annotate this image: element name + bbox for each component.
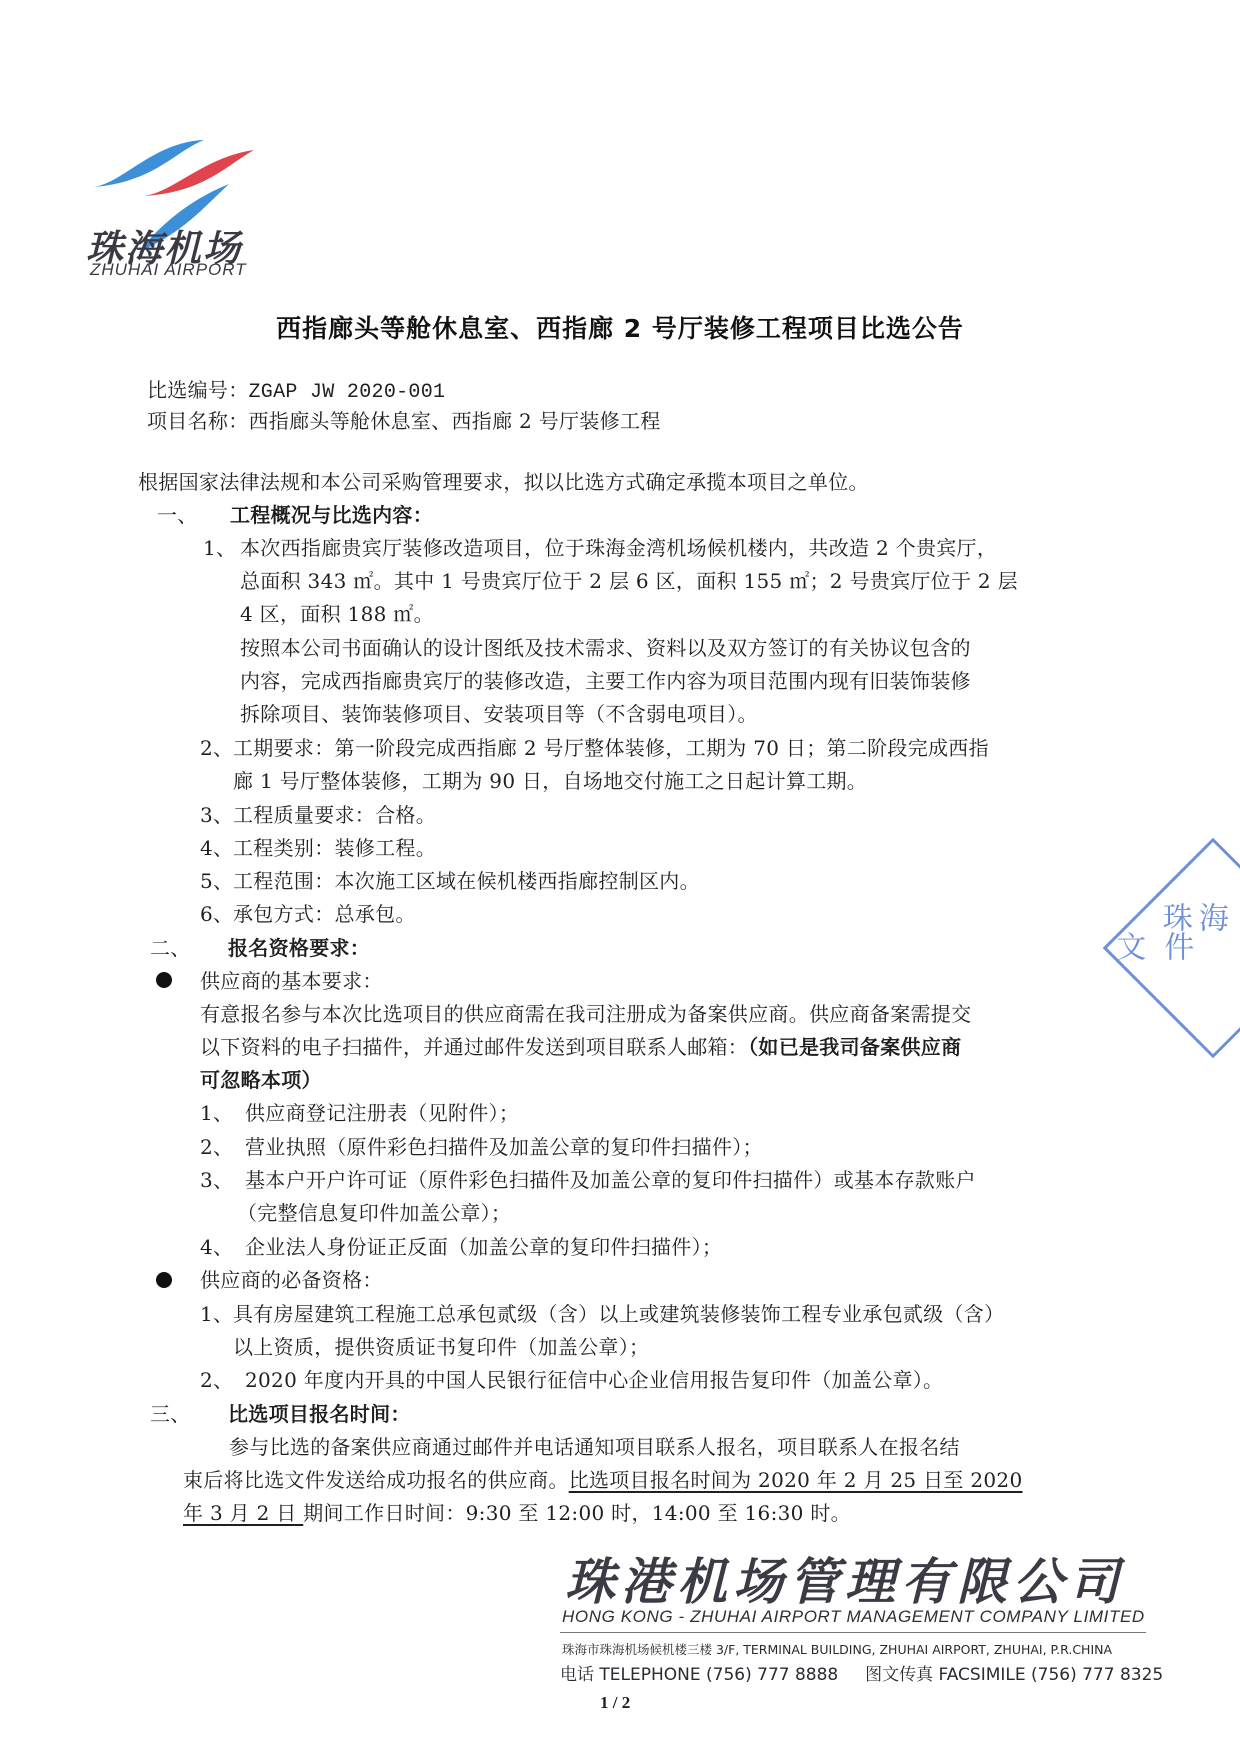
basic-item-4-line: 企业法人身份证正反面（加盖公章的复印件扫描件）； — [245, 1235, 722, 1259]
project-name: 项目名称：西指廊头等舱休息室、西指廊 2 号厅装修工程 — [147, 409, 661, 433]
s1-item-2-line: 廊 1 号厅整体装修，工期为 90 日，自场地交付施工之日起计算工期。 — [233, 769, 867, 793]
stamp-text: 文件 — [1116, 922, 1212, 966]
s1-item-1-line: 总面积 343 ㎡。其中 1 号贵宾厅位于 2 层 6 区，面积 155 ㎡；2… — [240, 569, 1018, 593]
section-1-number: 一、 — [157, 503, 198, 527]
footer-contact: 电话 TELEPHONE (756) 777 8888 图文传真 FACSIMI… — [560, 1660, 1163, 1685]
section-2-number: 二、 — [150, 936, 191, 960]
page-number: 1 / 2 — [600, 1693, 630, 1713]
basic-item-3-num: 3、 — [200, 1168, 233, 1192]
s1-item-1-line: 4 区，面积 188 ㎡。 — [240, 602, 434, 626]
selection-number: 比选编号：ZGAP JW 2020-001 — [147, 378, 445, 405]
section-3-number: 三、 — [150, 1402, 191, 1426]
s1-item-2-line: 工期要求：第一阶段完成西指廊 2 号厅整体装修，工期为 70 日；第二阶段完成西… — [233, 736, 989, 760]
required-item-2-line: 2020 年度内开具的中国人民银行征信中心企业信用报告复印件（加盖公章）。 — [245, 1368, 943, 1392]
required-item-1-line: 以上资质，提供资质证书复印件（加盖公章）； — [233, 1335, 649, 1359]
s1-item-4-num: 4、 — [200, 836, 233, 860]
official-seal-stamp: 珠海 文件 — [1103, 838, 1240, 1059]
basic-item-1-line: 供应商登记注册表（见附件）； — [245, 1101, 519, 1125]
basic-item-2-line: 营业执照（原件彩色扫描件及加盖公章的复印件扫描件）； — [245, 1135, 763, 1159]
s1-item-1-line: 本次西指廊贵宾厅装修改造项目，位于珠海金湾机场候机楼内，共改造 2 个贵宾厅， — [240, 536, 997, 560]
registration-para-line: 束后将比选文件发送给成功报名的供应商。比选项目报名时间为 2020 年 2 月 … — [183, 1468, 1022, 1492]
intro-paragraph: 根据国家法律法规和本公司采购管理要求，拟以比选方式确定承揽本项目之单位。 — [138, 470, 869, 494]
footer-company-cn: 珠港机场管理有限公司 — [565, 1542, 1125, 1614]
footer-telephone: 电话 TELEPHONE (756) 777 8888 — [560, 1665, 838, 1685]
registration-para-line: 年 3 月 2 日 期间工作日时间：9:30 至 12:00 时，14:00 至… — [183, 1501, 851, 1525]
required-item-2-num: 2、 — [200, 1368, 233, 1392]
project-name-value: 西指廊头等舱休息室、西指廊 2 号厅装修工程 — [249, 409, 661, 433]
registration-para-line: 参与比选的备案供应商通过邮件并电话通知项目联系人报名，项目联系人在报名结 — [229, 1435, 960, 1459]
basic-para-text: 以下资料的电子扫描件，并通过邮件发送到项目联系人邮箱： — [200, 1035, 748, 1059]
selection-number-value: ZGAP JW 2020-001 — [249, 381, 446, 404]
basic-item-3-line: 基本户开户许可证（原件彩色扫描件及加盖公章的复印件扫描件）或基本存款账户 — [245, 1168, 976, 1192]
registration-period-end: 年 3 月 2 日 — [183, 1501, 303, 1525]
basic-para-line-bold: 可忽略本项） — [200, 1068, 322, 1092]
s1-item-3-line: 工程质量要求：合格。 — [233, 803, 436, 827]
required-item-1-num: 1、 — [200, 1302, 233, 1326]
basic-para-bold: （如已是我司备案供应商 — [748, 1035, 961, 1059]
s1-item-3-num: 3、 — [200, 803, 233, 827]
selection-number-label: 比选编号： — [147, 378, 249, 402]
basic-item-4-num: 4、 — [200, 1235, 233, 1259]
s1-item-1-line: 内容，完成西指廊贵宾厅的装修改造，主要工作内容为项目范围内现有旧装饰装修 — [240, 669, 971, 693]
required-item-1-line: 具有房屋建筑工程施工总承包贰级（含）以上或建筑装修装饰工程专业承包贰级（含） — [233, 1302, 1004, 1326]
basic-requirements-heading: 供应商的基本要求： — [200, 969, 383, 993]
s1-item-5-line: 工程范围：本次施工区域在候机楼西指廊控制区内。 — [233, 869, 700, 893]
project-name-label: 项目名称： — [147, 409, 249, 433]
basic-item-1-num: 1、 — [200, 1101, 233, 1125]
bullet-icon — [156, 1272, 172, 1288]
s1-item-1-num: 1、 — [203, 536, 236, 560]
bullet-icon — [156, 972, 172, 988]
basic-item-3-line: （完整信息复印件加盖公章）； — [237, 1201, 511, 1225]
basic-para-line: 有意报名参与本次比选项目的供应商需在我司注册成为备案供应商。供应商备案需提交 — [200, 1002, 971, 1026]
basic-para-line: 以下资料的电子扫描件，并通过邮件发送到项目联系人邮箱：（如已是我司备案供应商 — [200, 1035, 961, 1059]
s1-item-1-line: 拆除项目、装饰装修项目、安装项目等（不含弱电项目）。 — [240, 702, 758, 726]
section-3-heading: 比选项目报名时间： — [228, 1402, 411, 1426]
registration-text: 束后将比选文件发送给成功报名的供应商。 — [183, 1468, 569, 1492]
section-1-heading: 工程概况与比选内容： — [230, 503, 433, 527]
s1-item-6-num: 6、 — [200, 902, 233, 926]
basic-item-2-num: 2、 — [200, 1135, 233, 1159]
section-2-heading: 报名资格要求： — [228, 936, 370, 960]
logo-name-en: ZHUHAI AIRPORT — [90, 260, 247, 280]
required-qualifications-heading: 供应商的必备资格： — [200, 1268, 383, 1292]
footer-facsimile: 图文传真 FACSIMILE (756) 777 8325 — [865, 1665, 1163, 1685]
s1-item-4-line: 工程类别：装修工程。 — [233, 836, 436, 860]
registration-period: 比选项目报名时间为 2020 年 2 月 25 日至 2020 — [569, 1468, 1023, 1492]
footer-divider — [560, 1632, 1146, 1633]
s1-item-5-num: 5、 — [200, 869, 233, 893]
working-hours: 期间工作日时间：9:30 至 12:00 时，14:00 至 16:30 时。 — [303, 1501, 851, 1525]
footer-company-en: HONG KONG - ZHUHAI AIRPORT MANAGEMENT CO… — [562, 1607, 1145, 1627]
s1-item-1-line: 按照本公司书面确认的设计图纸及技术需求、资料以及双方签订的有关协议包含的 — [240, 636, 971, 660]
document-title: 西指廊头等舱休息室、西指廊 2 号厅装修工程项目比选公告 — [0, 309, 1240, 345]
footer-address: 珠海市珠海机场候机楼三楼 3/F, TERMINAL BUILDING, ZHU… — [562, 1640, 1112, 1658]
s1-item-6-line: 承包方式：总承包。 — [233, 902, 416, 926]
s1-item-2-num: 2、 — [200, 736, 233, 760]
